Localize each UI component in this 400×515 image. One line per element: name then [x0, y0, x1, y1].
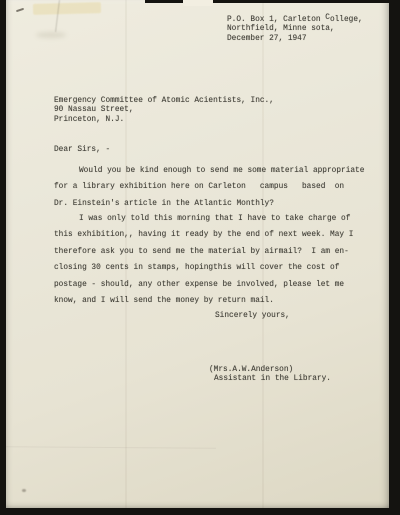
salutation-line: Dear Sirs, -: [54, 146, 110, 155]
closing: Sincerely yours,: [215, 312, 290, 321]
signature-name-line: (Mrs.A.W.Anderson): [209, 366, 331, 375]
return-address-line-1-suffix: ollege,: [330, 16, 363, 24]
return-address-line-1: P.O. Box 1, Carleton College,: [227, 16, 363, 25]
recipient-address: Emergency Committee of Atomic Acientists…: [54, 97, 274, 125]
fold-line-horizontal: [6, 446, 216, 448]
letter-sheet: P.O. Box 1, Carleton College, Northfield…: [6, 0, 389, 508]
return-address-raised-letter: C: [325, 14, 330, 22]
paragraph-1-line-2: for a library exhibition here on Carleto…: [54, 179, 364, 195]
paragraph-1-line-1: Would you be kind enough to send me some…: [54, 163, 364, 179]
paragraph-1-line-3: Dr. Einstein's article in the Atlantic M…: [54, 196, 364, 212]
closing-line: Sincerely yours,: [215, 312, 290, 321]
smudge-mark: [36, 32, 66, 38]
paragraph-2-line-1: I was only told this morning that I have…: [54, 211, 353, 227]
pen-scribble-mark: [16, 8, 24, 12]
signature-block: (Mrs.A.W.Anderson) Assistant in the Libr…: [209, 366, 331, 385]
return-address-line-1-prefix: P.O. Box 1, Carleton: [227, 16, 325, 24]
smudge-dot: [22, 489, 26, 492]
paper-tab: [183, 0, 213, 6]
body-paragraph-2: I was only told this morning that I have…: [54, 211, 353, 309]
body-paragraph-1: Would you be kind enough to send me some…: [54, 163, 364, 212]
salutation: Dear Sirs, -: [54, 146, 110, 155]
paragraph-2-line-5: postage - should, any other expense be i…: [54, 277, 353, 293]
recipient-line-3: Princeton, N.J.: [54, 116, 274, 125]
return-address-date-line: December 27, 1947: [227, 35, 363, 44]
scan-top-edge: [145, 0, 389, 3]
scan-backdrop: P.O. Box 1, Carleton College, Northfield…: [0, 0, 400, 515]
paragraph-2-line-4: closing 30 cents in stamps, hopingthis w…: [54, 260, 353, 276]
signature-title-line: Assistant in the Library.: [209, 375, 331, 384]
return-address-line-2: Northfield, Minne sota,: [227, 25, 363, 34]
recipient-line-1: Emergency Committee of Atomic Acientists…: [54, 97, 274, 106]
return-address: P.O. Box 1, Carleton College, Northfield…: [227, 16, 363, 44]
tape-residue-mark: [33, 2, 101, 15]
paragraph-2-line-3: therefore ask you to send me the materia…: [54, 244, 353, 260]
paragraph-2-line-6: know, and I will send the money by retur…: [54, 293, 353, 309]
recipient-line-2: 90 Nassau Street,: [54, 106, 274, 115]
paragraph-2-line-2: this exhibition,, having it ready by the…: [54, 227, 353, 243]
